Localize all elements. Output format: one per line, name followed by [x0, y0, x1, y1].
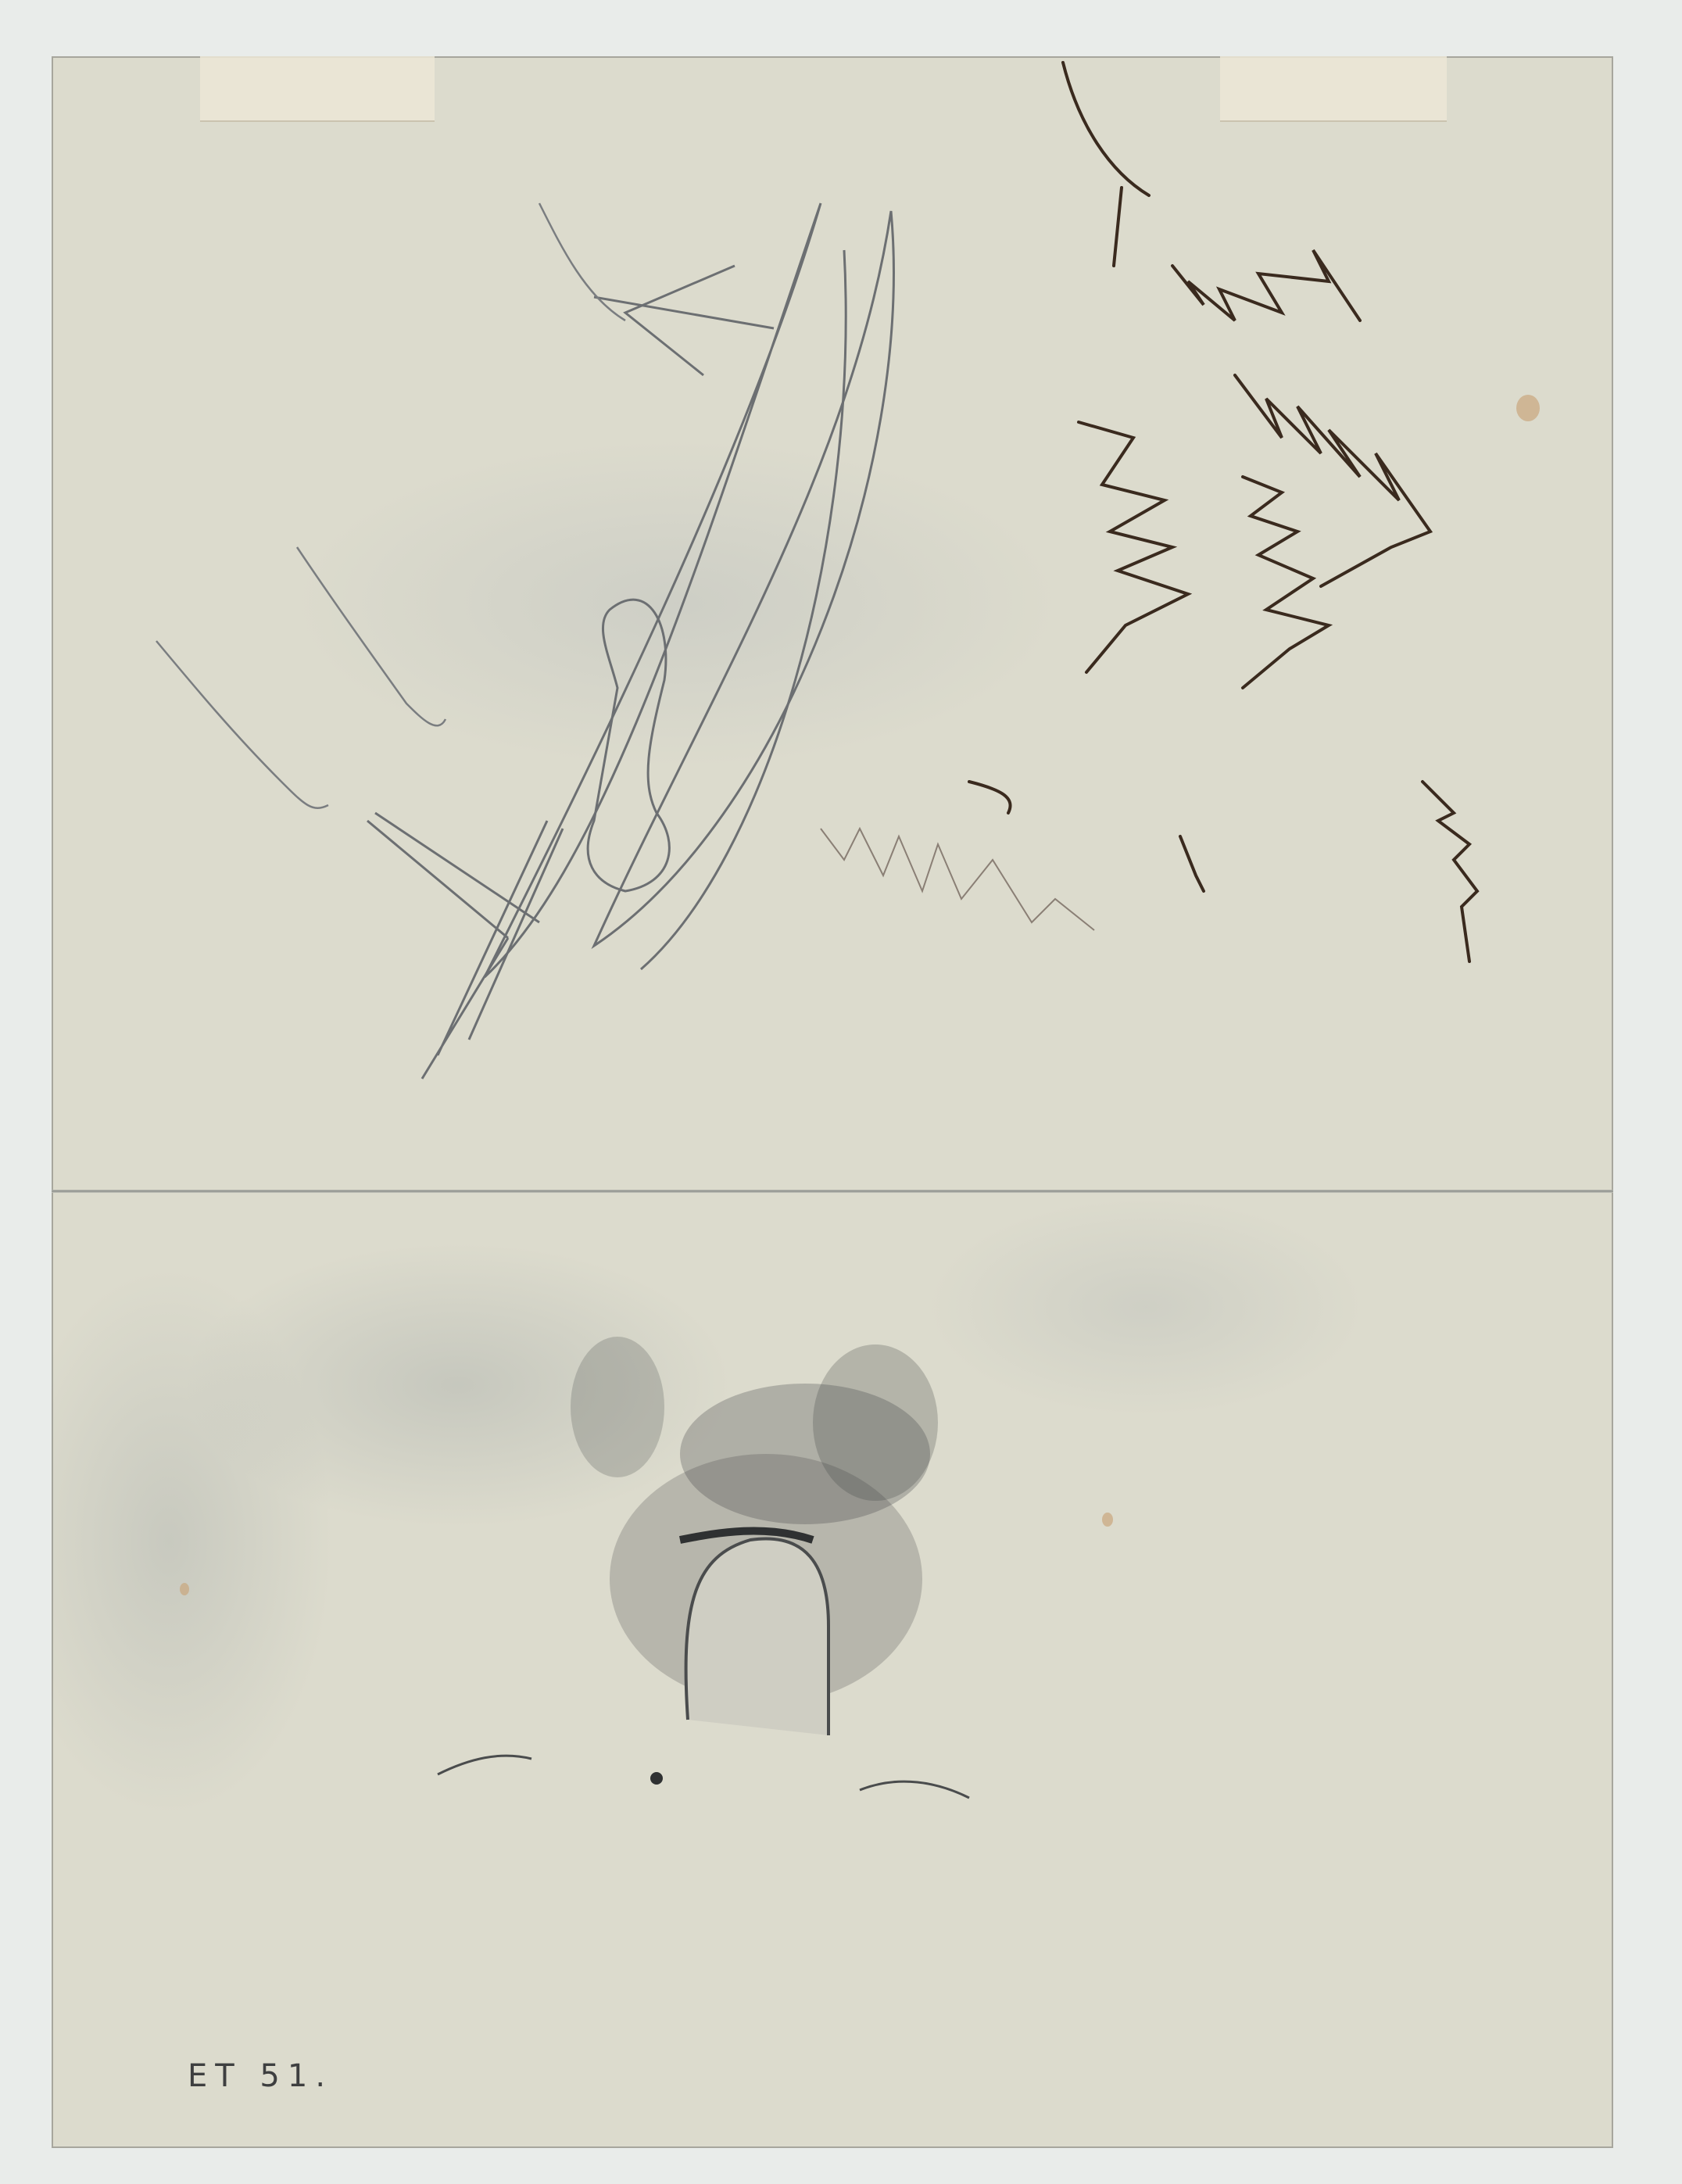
- ink-scribbles: [969, 63, 1477, 961]
- pencil-annotations: [156, 203, 625, 808]
- chalk-foliage-study: [438, 1337, 969, 1798]
- drawing-layer: [0, 0, 1682, 2184]
- faint-ink-scribbles: [821, 829, 1094, 930]
- inventory-label: ET 51.: [188, 2058, 333, 2094]
- pencil-figure-sketch: [367, 203, 893, 1079]
